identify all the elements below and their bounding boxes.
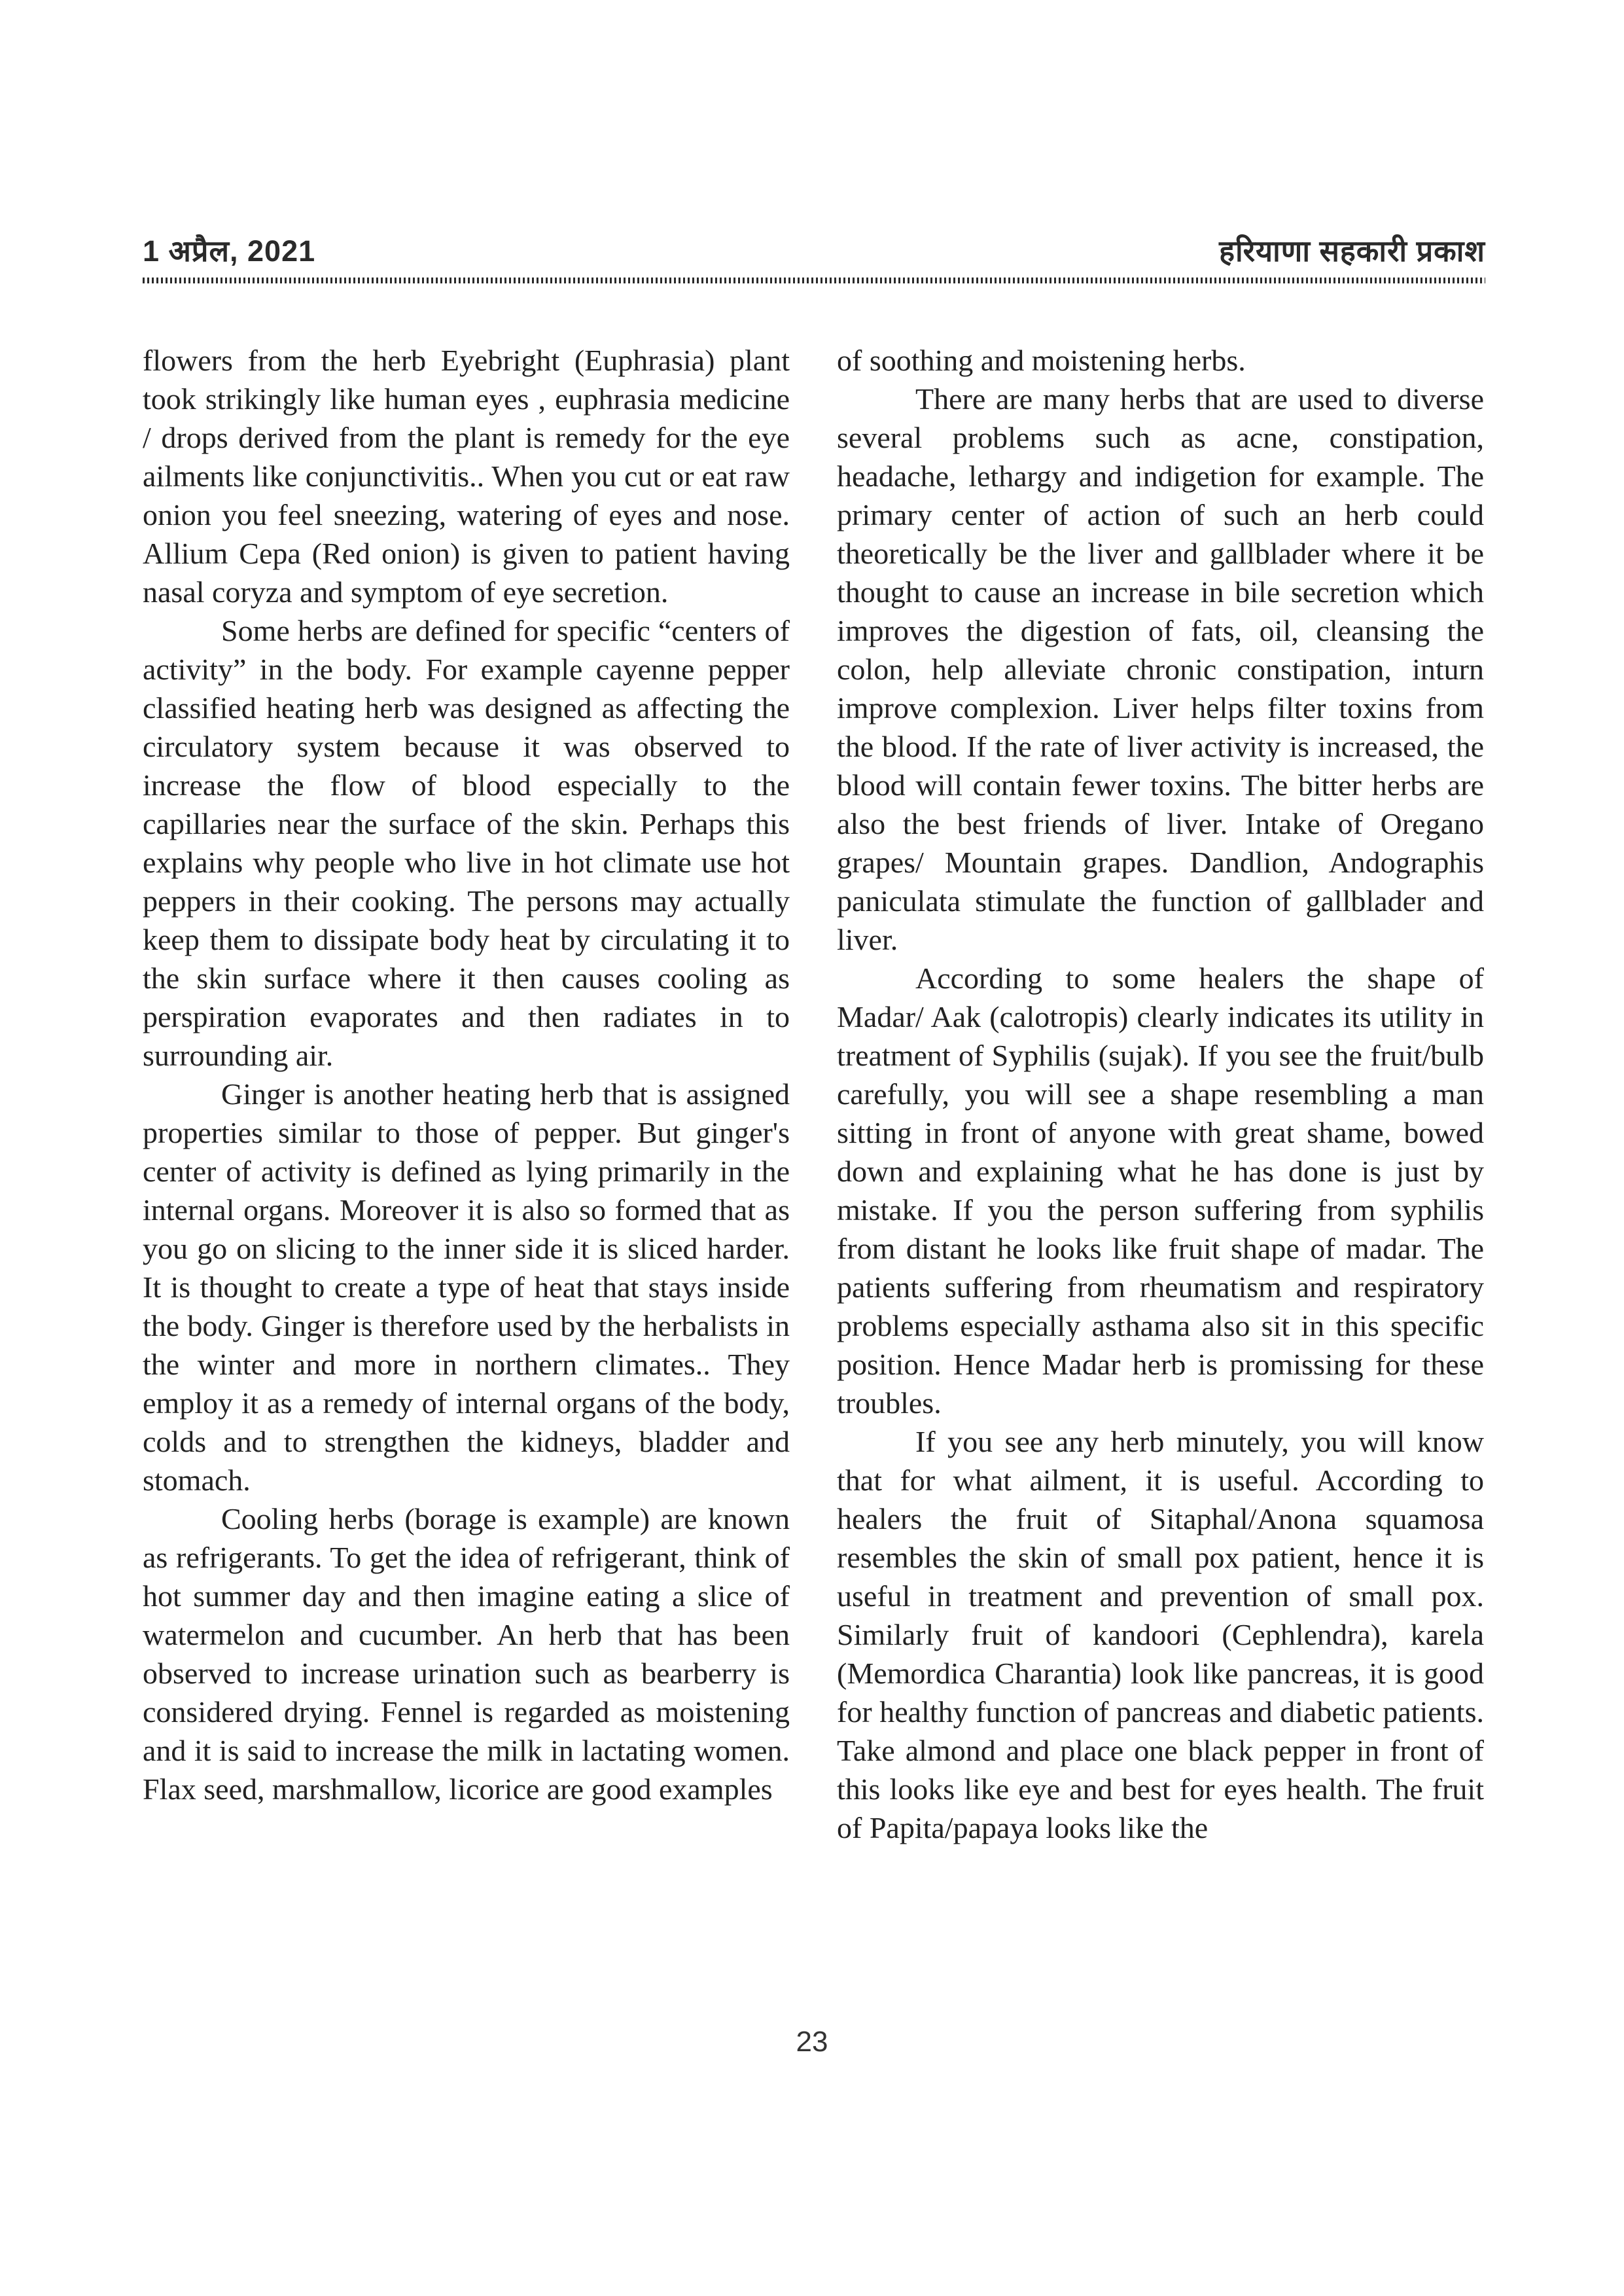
paragraph-centers-of-activity: Some herbs are defined for specific “cen…	[143, 611, 790, 1075]
paragraph-flowers-eyebright: flowers from the herb Eyebright (Euphras…	[143, 341, 790, 611]
paragraph-cooling-herbs: Cooling herbs (borage is example) are kn…	[143, 1499, 790, 1808]
header-publication-title: हरियाणा सहकारी प्रकाश	[1219, 230, 1485, 270]
article-body: flowers from the herb Eyebright (Euphras…	[143, 341, 1484, 1847]
header-divider	[143, 278, 1485, 283]
paragraph-ginger: Ginger is another heating herb that is a…	[143, 1075, 790, 1499]
paragraph-many-herbs-liver: There are many herbs that are used to di…	[837, 380, 1484, 959]
paragraph-madar-aak: According to some healers the shape of M…	[837, 959, 1484, 1422]
right-column: of soothing and moistening herbs. There …	[837, 341, 1484, 1847]
paragraph-soothing-herbs: of soothing and moistening herbs.	[837, 341, 1484, 380]
page-footer: 23	[0, 2026, 1624, 2058]
page-number: 23	[796, 2026, 828, 2058]
magazine-page: 1 अप्रैल, 2021 हरियाणा सहकारी प्रकाश flo…	[0, 0, 1624, 2296]
header-date: 1 अप्रैल, 2021	[143, 230, 315, 270]
page-header: 1 अप्रैल, 2021 हरियाणा सहकारी प्रकाश	[143, 230, 1485, 270]
left-column: flowers from the herb Eyebright (Euphras…	[143, 341, 790, 1847]
paragraph-sitaphal-signatures: If you see any herb minutely, you will k…	[837, 1422, 1484, 1847]
